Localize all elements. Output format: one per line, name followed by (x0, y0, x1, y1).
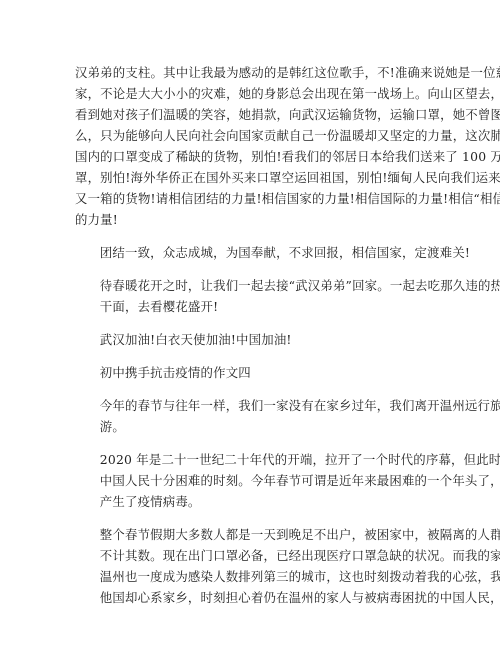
text-line: 么，只为能够向人民向社会向国家贡献自己一份温暖却又坚定的力量，这次肺炎让 (75, 125, 427, 146)
text-line: 汉弟弟的支柱。其中让我最为感动的是韩红这位歌手，不!准确来说她是一位慈善 (75, 62, 427, 83)
text-line: 罩，别怕!海外华侨正在国外买来口罩空运回祖国，别怕!缅甸人民向我们运来一箱 (75, 167, 427, 188)
text-line: 国内的口罩变成了稀缺的货物，别怕!看我们的邻居日本给我们送来了 100 万只口 (75, 146, 427, 167)
text-line: 不计其数。现在出门口罩必备，已经出现医疗口罩急缺的状况。而我的家乡——— (75, 545, 427, 566)
paragraph: 团结一致，众志成城，为国奉献，不求回报，相信国家，定渡难关! (75, 242, 427, 263)
text-line: 的力量! (75, 209, 427, 230)
text-line: 今年的春节与往年一样，我们一家没有在家乡过年，我们离开温州远行旅 (75, 395, 427, 416)
text-line: 整个春节假期大多数人都是一天到晚足不出户，被困家中，被隔离的人群也 (75, 524, 427, 545)
text-line: 家，不论是大大小小的灾难，她的身影总会出现在第一战场上。向山区望去，你能 (75, 83, 427, 104)
text-line: 游。 (75, 416, 427, 437)
paragraph: 今年的春节与往年一样，我们一家没有在家乡过年，我们离开温州远行旅游。 (75, 395, 427, 437)
text-line: 又一箱的货物!请相信团结的力量!相信国家的力量!相信国际的力量!相信“相信” (75, 188, 427, 209)
text-line: 武汉加油!白衣天使加油!中国加油! (75, 329, 427, 350)
document-page: 汉弟弟的支柱。其中让我最为感动的是韩红这位歌手，不!准确来说她是一位慈善家，不论… (0, 0, 500, 647)
text-line: 中国人民十分困难的时刻。今年春节可谓是近年来最困难的一个年头了，因为中国 (75, 470, 427, 491)
paragraph: 待春暖花开之时，让我们一起去接“武汉弟弟”回家。一起去吃那久违的热干面，去看樱花… (75, 275, 427, 317)
text-line: 待春暖花开之时，让我们一起去接“武汉弟弟”回家。一起去吃那久违的热 (75, 275, 427, 296)
paragraph: 汉弟弟的支柱。其中让我最为感动的是韩红这位歌手，不!准确来说她是一位慈善家，不论… (75, 62, 427, 230)
text-line: 干面，去看樱花盛开! (75, 296, 427, 317)
text-line: 初中携手抗击疫情的作文四 (75, 362, 427, 383)
text-line: 2020 年是二十一世纪二十年代的开端，拉开了一个时代的序幕，但此时却是 (75, 449, 427, 470)
text-line: 团结一致，众志成城，为国奉献，不求回报，相信国家，定渡难关! (75, 242, 427, 263)
text-line: 看到她对孩子们温暖的笑容，她捐款，向武汉运输货物，运输口罩，她不曾图谋什 (75, 104, 427, 125)
document-body: 汉弟弟的支柱。其中让我最为感动的是韩红这位歌手，不!准确来说她是一位慈善家，不论… (75, 62, 427, 620)
paragraph: 武汉加油!白衣天使加油!中国加油! (75, 329, 427, 350)
paragraph: 2020 年是二十一世纪二十年代的开端，拉开了一个时代的序幕，但此时却是中国人民… (75, 449, 427, 512)
paragraph: 整个春节假期大多数人都是一天到晚足不出户，被困家中，被隔离的人群也不计其数。现在… (75, 524, 427, 608)
text-line: 他国却心系家乡，时刻担心着仍在温州的家人与被病毒困扰的中国人民，希望大家 (75, 587, 427, 608)
text-line: 温州也一度成为感染人数排列第三的城市，这也时刻拨动着我的心弦，我虽然身处 (75, 566, 427, 587)
paragraph: 初中携手抗击疫情的作文四 (75, 362, 427, 383)
text-line: 产生了疫情病毒。 (75, 491, 427, 512)
